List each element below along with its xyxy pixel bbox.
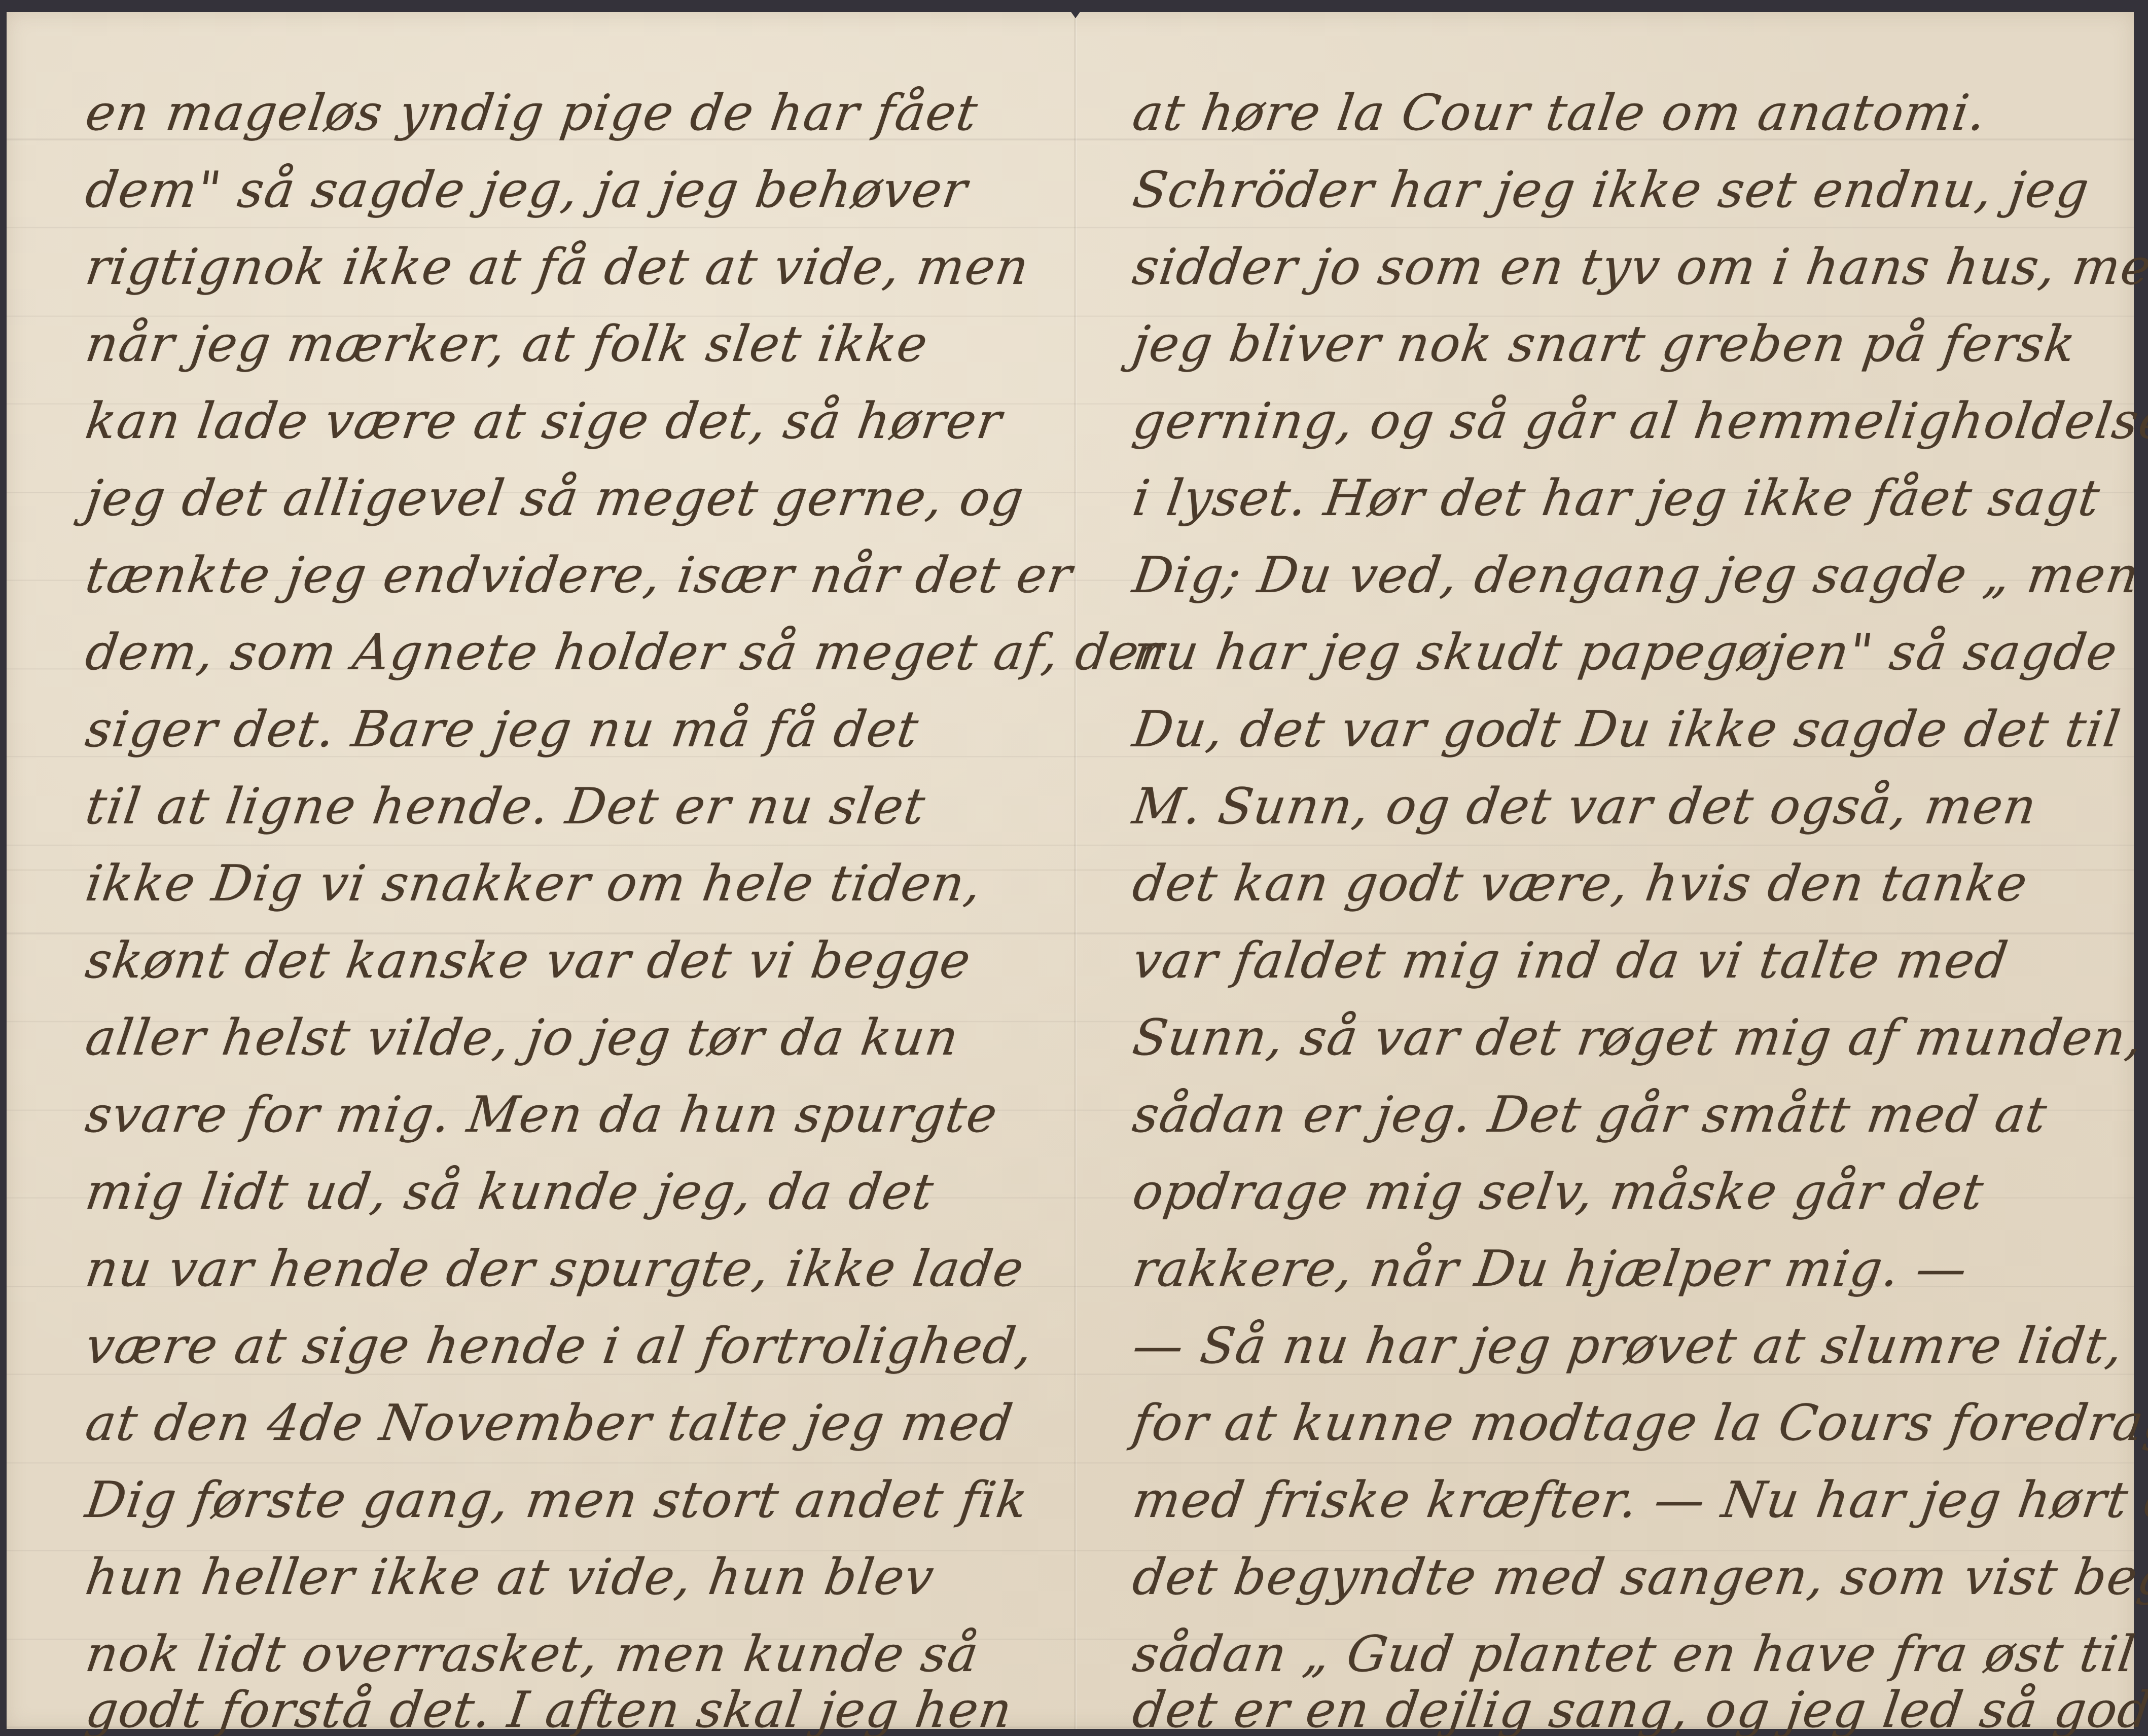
right-line-5: gerning, og så går al hemmeligholdelse xyxy=(1130,396,2148,446)
right-line-16: rakkere, når Du hjælper mig. — xyxy=(1130,1244,1971,1294)
left-line-19: Dig første gang, men stort andet fik xyxy=(83,1475,1031,1525)
left-line-14: svare for mig. Men da hun spurgte xyxy=(83,1090,1001,1140)
right-line-17: — Så nu har jeg prøvet at slumre lidt, xyxy=(1130,1321,2127,1371)
right-line-8: nu har jeg skudt papegøjen" så sagde xyxy=(1130,628,2121,677)
letter-paper: en mageløs yndig pige de har fået dem" s… xyxy=(7,12,2134,1729)
left-line-12: skønt det kanske var det vi begge xyxy=(83,936,974,986)
left-line-5: kan lade være at sige det, så hører xyxy=(83,396,1006,446)
left-line-15: mig lidt ud, så kunde jeg, da det xyxy=(83,1167,937,1217)
left-line-13: aller helst vilde, jo jeg tør da kun xyxy=(83,1013,962,1063)
right-line-13: Sunn, så var det røget mig af munden, xyxy=(1130,1013,2146,1063)
left-line-21: nok lidt overrasket, men kunde så xyxy=(83,1630,982,1679)
right-line-22: det er en dejlig sang, og jeg led så god… xyxy=(1130,1685,2148,1735)
right-line-18: for at kunne modtage la Cours foredrag xyxy=(1130,1398,2148,1448)
right-line-10: M. Sunn, og det var det også, men xyxy=(1130,782,2040,831)
left-line-22: godt forstå det. I aften skal jeg hen xyxy=(83,1685,1016,1735)
left-line-7: tænkte jeg endvidere, især når det er xyxy=(83,551,1076,600)
right-line-14: sådan er jeg. Det går smått med at xyxy=(1130,1090,2051,1140)
left-page: en mageløs yndig pige de har fået dem" s… xyxy=(83,12,1046,1729)
right-line-21: sådan „ Gud plantet en have fra øst til … xyxy=(1130,1630,2148,1679)
left-line-3: rigtignok ikke at få det at vide, men xyxy=(83,242,1032,292)
right-line-3: sidder jo som en tyv om i hans hus, men xyxy=(1130,242,2148,292)
right-line-9: Du, det var godt Du ikke sagde det til xyxy=(1130,705,2124,754)
left-line-18: at den 4de November talte jeg med xyxy=(83,1398,1016,1448)
right-line-11: det kan godt være, hvis den tanke xyxy=(1130,859,2031,909)
left-line-2: dem" så sagde jeg, ja jeg behøver xyxy=(83,165,971,215)
left-line-17: være at sige hende i al fortrolighed, xyxy=(83,1321,1036,1371)
top-notch xyxy=(1070,11,1081,18)
left-line-16: nu var hende der spurgte, ikke lade xyxy=(83,1244,1027,1294)
left-line-10: til at ligne hende. Det er nu slet xyxy=(83,782,928,831)
right-line-7: Dig; Du ved, dengang jeg sagde „ men xyxy=(1130,551,2142,600)
right-line-2: Schröder har jeg ikke set endnu, jeg xyxy=(1130,165,2093,215)
right-line-1: at høre la Cour tale om anatomi. xyxy=(1130,88,1990,138)
left-line-4: når jeg mærker, at folk slet ikke xyxy=(83,319,932,369)
left-line-11: ikke Dig vi snakker om hele tiden, xyxy=(83,859,985,909)
left-line-6: jeg det alligevel så meget gerne, og xyxy=(83,474,1027,523)
left-line-9: siger det. Bare jeg nu må få det xyxy=(83,705,922,754)
right-line-20: det begyndte med sangen, som vist begynd… xyxy=(1130,1552,2148,1602)
left-line-8: dem, som Agnete holder så meget af, der xyxy=(83,628,1168,677)
right-page: at høre la Cour tale om anatomi. Schröde… xyxy=(1130,12,2124,1729)
right-line-6: i lyset. Hør det har jeg ikke fået sagt xyxy=(1130,474,2103,523)
right-line-19: med friske kræfter. — Nu har jeg hørt de… xyxy=(1130,1475,2148,1525)
left-line-20: hun heller ikke at vide, hun blev xyxy=(83,1552,938,1602)
left-line-1: en mageløs yndig pige de har fået xyxy=(83,88,981,138)
right-line-4: jeg bliver nok snart greben på fersk xyxy=(1130,319,2079,369)
right-line-15: opdrage mig selv, måske går det xyxy=(1130,1167,1987,1217)
right-line-12: var faldet mig ind da vi talte med xyxy=(1130,936,2012,986)
